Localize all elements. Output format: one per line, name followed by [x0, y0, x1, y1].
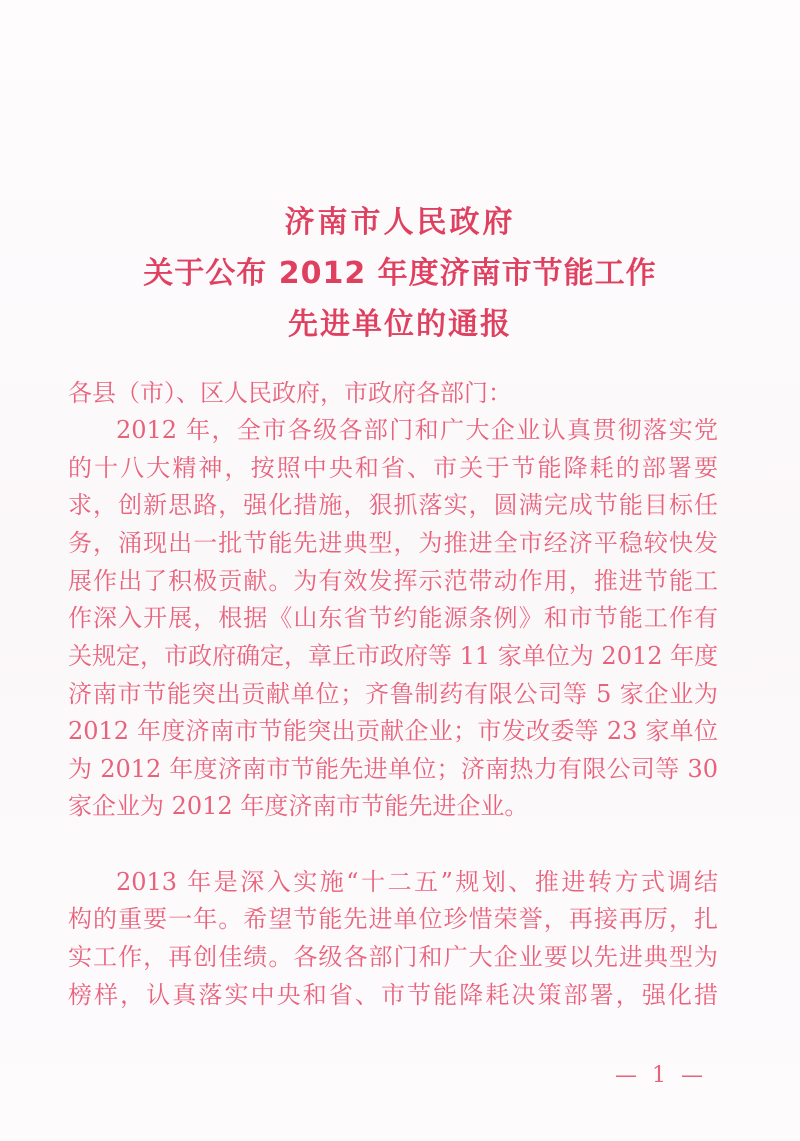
body-line: 家企业为 2012 年度济南市节能先进企业。	[68, 791, 718, 821]
body-line: 济南市节能突出贡献单位；齐鲁制药有限公司等 5 家企业为	[68, 679, 718, 709]
body-line: 构的重要一年。希望节能先进单位珍惜荣誉，再接再厉，扎	[68, 904, 718, 934]
document-page: 济南市人民政府 关于公布 2012 年度济南市节能工作 先进单位的通报 各县（市…	[0, 0, 800, 1141]
body-line: 榜样，认真落实中央和省、市节能降耗决策部署，强化措	[68, 980, 718, 1010]
document-title-type: 先进单位的通报	[0, 299, 800, 343]
body-line: 关规定，市政府确定，章丘市政府等 11 家单位为 2012 年度	[68, 641, 718, 671]
body-line: 作深入开展，根据《山东省节约能源条例》和市节能工作有	[68, 603, 718, 633]
body-line: 为 2012 年度济南市节能先进单位；济南热力有限公司等 30	[68, 754, 718, 784]
body-line: 2013 年是深入实施“十二五”规划、推进转方式调结	[116, 867, 718, 897]
body-line: 2012 年，全市各级各部门和广大企业认真贯彻落实党	[116, 415, 718, 445]
document-title-issuer: 济南市人民政府	[0, 197, 800, 241]
body-line: 务，涌现出一批节能先进典型，为推进全市经济平稳较快发	[68, 528, 718, 558]
page-number: — 1 —	[615, 1063, 707, 1088]
salutation: 各县（市）、区人民政府，市政府各部门：	[68, 378, 718, 408]
body-line: 2012 年度济南市节能突出贡献企业；市发改委等 23 家单位	[68, 716, 718, 746]
body-line: 实工作，再创佳绩。各级各部门和广大企业要以先进典型为	[68, 942, 718, 972]
body-line: 的十八大精神，按照中央和省、市关于节能降耗的部署要	[68, 453, 718, 483]
body-line: 展作出了积极贡献。为有效发挥示范带动作用，推进节能工	[68, 566, 718, 596]
body-line: 求，创新思路，强化措施，狠抓落实，圆满完成节能目标任	[68, 490, 718, 520]
document-title-subject: 关于公布 2012 年度济南市节能工作	[0, 248, 800, 292]
